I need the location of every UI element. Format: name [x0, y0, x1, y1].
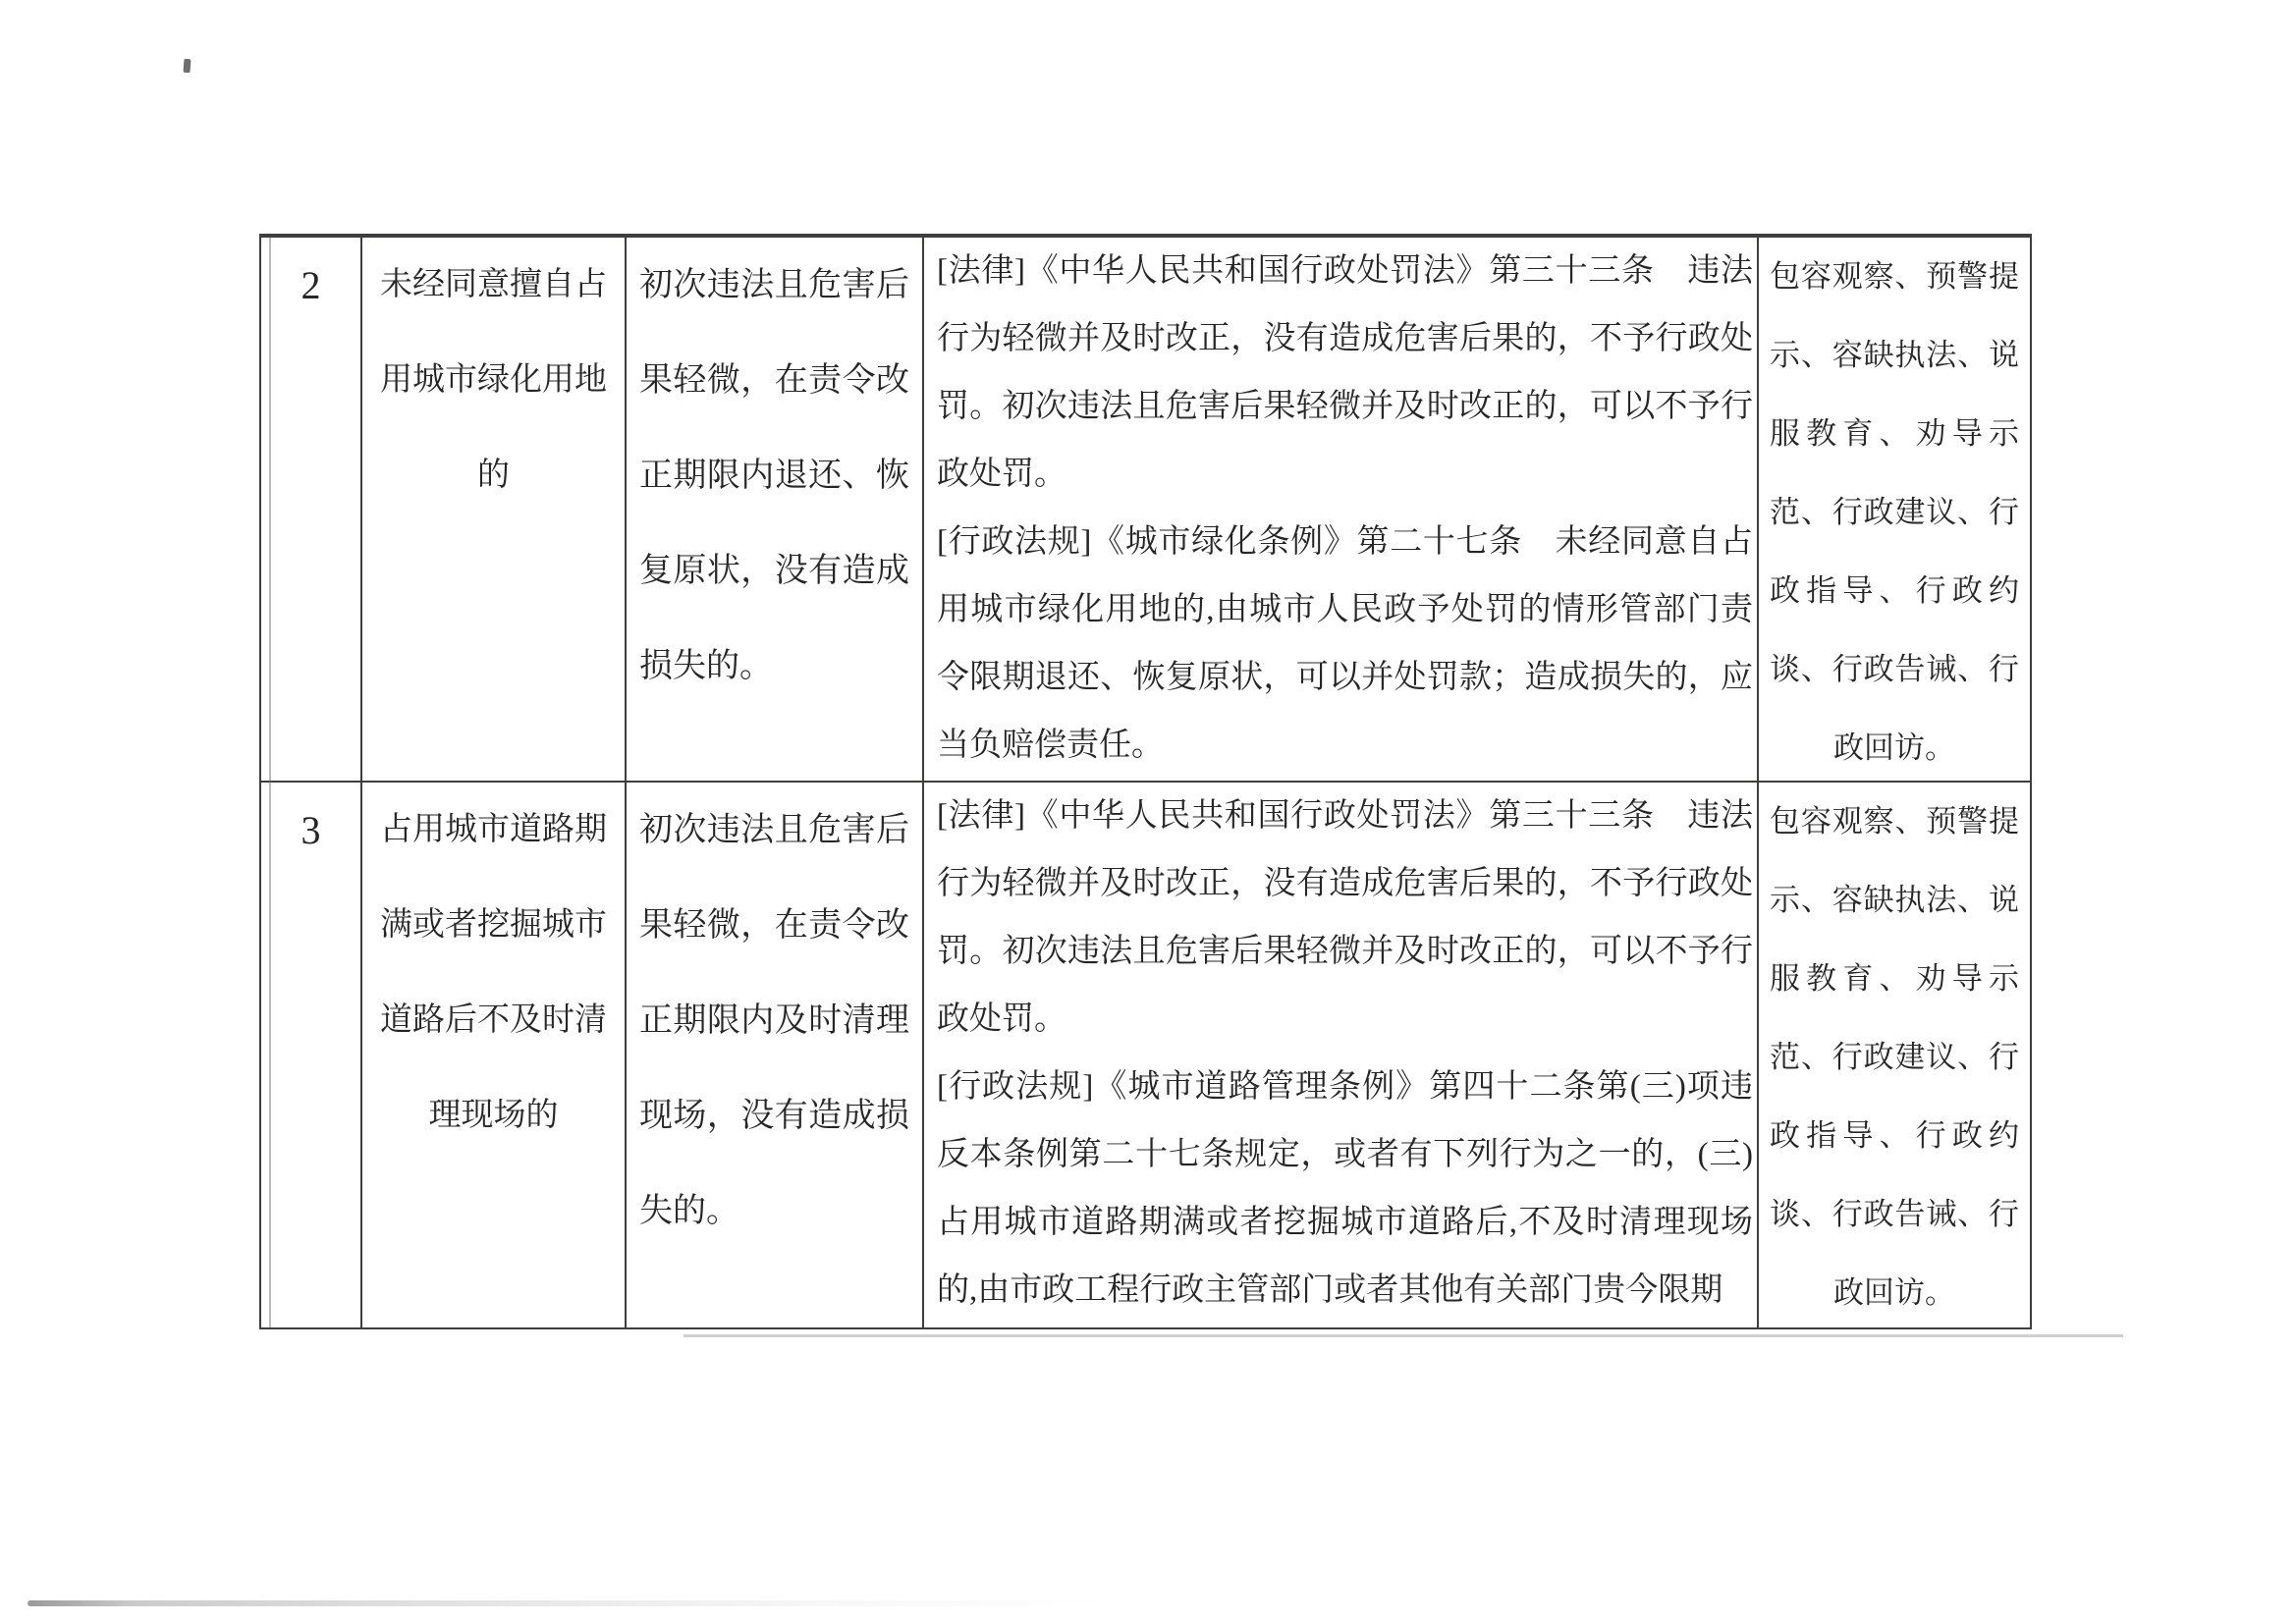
scan-speck — [184, 59, 191, 73]
legal-basis-cell: [法律]《中华人民共和国行政处罚法》第三十三条 违法行为轻微并及时改正，没有造成… — [924, 781, 1759, 1327]
row-number: 3 — [261, 783, 360, 878]
row-number-cell: 3 — [261, 781, 362, 1327]
violation-cell: 占用城市道路期满或者挖掘城市道路后不及时清理现场的 — [362, 781, 627, 1327]
measures-cell: 包容观察、预警提示、容缺执法、说服教育、劝导示范、行政建议、行政指导、行政约谈、… — [1759, 238, 2030, 781]
legal-basis-law-paragraph: [法律]《中华人民共和国行政处罚法》第三十三条 违法行为轻微并及时改正，没有造成… — [937, 238, 1753, 509]
condition-cell: 初次违法且危害后果轻微，在责令改正期限内及时清理现场，没有造成损失的。 — [627, 781, 924, 1327]
measures-cell: 包容观察、预警提示、容缺执法、说服教育、劝导示范、行政建议、行政指导、行政约谈、… — [1759, 781, 2030, 1327]
violation-cell: 未经同意擅自占用城市绿化用地的 — [362, 238, 627, 781]
penalty-table: 2 未经同意擅自占用城市绿化用地的 初次违法且危害后果轻微，在责令改正期限内退还… — [259, 234, 2032, 1329]
legal-basis-cell: [法律]《中华人民共和国行政处罚法》第三十三条 违法行为轻微并及时改正，没有造成… — [924, 238, 1759, 781]
row-number-cell: 2 — [261, 238, 362, 781]
legal-basis-regulation-paragraph: [行政法规]《城市绿化条例》第二十七条 未经同意自占用城市绿化用地的,由城市人民… — [937, 509, 1753, 780]
scan-smudge — [27, 1600, 1113, 1606]
legal-basis-regulation-paragraph: [行政法规]《城市道路管理条例》第四十二条第(三)项违反本条例第二十七条规定，或… — [937, 1054, 1753, 1325]
row-number: 2 — [261, 238, 360, 333]
condition-cell: 初次违法且危害后果轻微，在责令改正期限内退还、恢复原状，没有造成损失的。 — [627, 238, 924, 781]
legal-basis-law-paragraph: [法律]《中华人民共和国行政处罚法》第三十三条 违法行为轻微并及时改正，没有造成… — [937, 783, 1753, 1054]
